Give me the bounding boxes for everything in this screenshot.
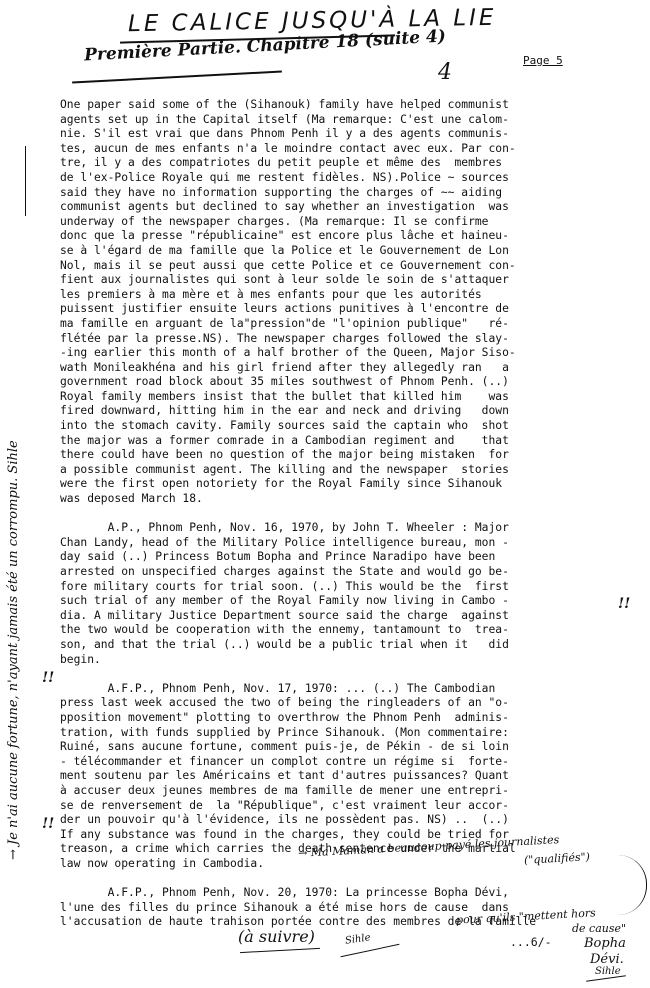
body-line: communist agents but declined to say whe… [60,200,645,215]
body-line: les premiers à ma mère et à mes enfants … [60,288,645,303]
body-line: were the first open notoriety for the Ro… [60,477,645,492]
subtitle-underline [72,71,282,84]
body-line: puissent justifier ensuite leurs actions… [60,302,645,317]
body-line: into the stomach cavity. Family sources … [60,419,645,434]
body-line: se de renversement de la "République", c… [60,799,645,814]
bopha-annotation-line3: Bopha [584,936,626,951]
body-line: donc que la presse "républicaine" est en… [60,229,645,244]
handwritten-page-number: 4 [438,60,452,85]
body-line: à accuser deux jeunes membres de ma fami… [60,784,645,799]
body-line: Ruiné, sans aucune fortune, comment puis… [60,740,645,755]
footer-signature: Sihle [344,932,371,946]
body-line: A.P., Phnom Penh, Nov. 16, 1970, by John… [60,521,645,536]
body-line: A.F.P., Phnom Penh, Nov. 20, 1970: La pr… [60,886,645,901]
body-line [60,667,645,682]
continue-underline [240,948,320,953]
body-line: tration, with funds supplied by Prince S… [60,726,645,741]
body-line: arrested on unspecified charges against … [60,565,645,580]
body-line: son, and that the trial (..) would be a … [60,638,645,653]
body-line: ma famille en arguant de la"pression"de … [60,317,645,332]
body-line: was deposed March 18. [60,492,645,507]
body-line: A.F.P., Phnom Penh, Nov. 17, 1970: ... (… [60,682,645,697]
margin-bar [25,146,26,216]
body-line: se à l'égard de ma famille que la Police… [60,244,645,259]
body-line: a possible communist agent. The killing … [60,463,645,478]
body-line: Royal family members insist that the bul… [60,390,645,405]
body-line: der un pouvoir qu'à l'évidence, ils ne p… [60,813,645,828]
exclamation-annotation: !! [42,816,54,832]
body-line: dia. A military Justice Department sourc… [60,609,645,624]
body-line: nie. S'il est vrai que dans Phnom Penh i… [60,127,645,142]
next-page-indicator: ...6/- [510,935,552,949]
body-line: such trial of any member of the Royal Fa… [60,594,645,609]
bopha-annotation-line4: Dévi. [590,952,624,967]
body-line: underway of the newspaper charges. (Ma r… [60,215,645,230]
body-line: the major was a former comrade in a Camb… [60,434,645,449]
body-line: Chan Landy, head of the Military Police … [60,536,645,551]
body-line [60,507,645,522]
body-line: de l'ex-Police Royale qui me restent fid… [60,171,645,186]
body-line: said they have no information supporting… [60,186,645,201]
body-line: ment soutenu par les Américains et tant … [60,769,645,784]
body-line: begin. [60,653,645,668]
bopha-annotation-line2: de cause" [572,922,626,935]
body-line: - télécommander et financer un complot c… [60,755,645,770]
document-body: One paper said some of the (Sihanouk) fa… [60,98,645,930]
body-line: the two would be cooperation with the en… [60,623,645,638]
exclamation-annotation: !! [42,670,54,686]
body-line: tes, aucun de mes enfants n'a le moindre… [60,142,645,157]
body-line: press last week accused the two of being… [60,696,645,711]
body-line: pposition movement" plotting to overthro… [60,711,645,726]
body-line: Nol, mais il se peut aussi que cette Pol… [60,259,645,274]
continue-note: (à suivre) [238,927,315,946]
body-line: there could have been no question of the… [60,448,645,463]
body-line: tre, il y a des compatriotes du petit pe… [60,156,645,171]
body-line: agents set up in the Capital itself (Ma … [60,113,645,128]
body-line: fient aux journalistes qui sont à leur s… [60,273,645,288]
body-line: flétée par la presse.NS). The newspaper … [60,332,645,347]
body-line: wath Monileakhéna and his girl friend af… [60,361,645,376]
body-line: One paper said some of the (Sihanouk) fa… [60,98,645,113]
body-line: fore military courts for trial soon. (..… [60,580,645,595]
body-line [60,871,645,886]
body-line: fired downward, hitting him in the ear a… [60,404,645,419]
page-label: Page 5 [523,54,563,67]
left-margin-annotation: → Je n'ai aucune fortune, n'ayant jamais… [6,160,21,860]
body-line: government road block about 35 miles sou… [60,375,645,390]
body-line: day said (..) Princess Botum Bopha and P… [60,550,645,565]
body-line: -ing earlier this month of a half brothe… [60,346,645,361]
